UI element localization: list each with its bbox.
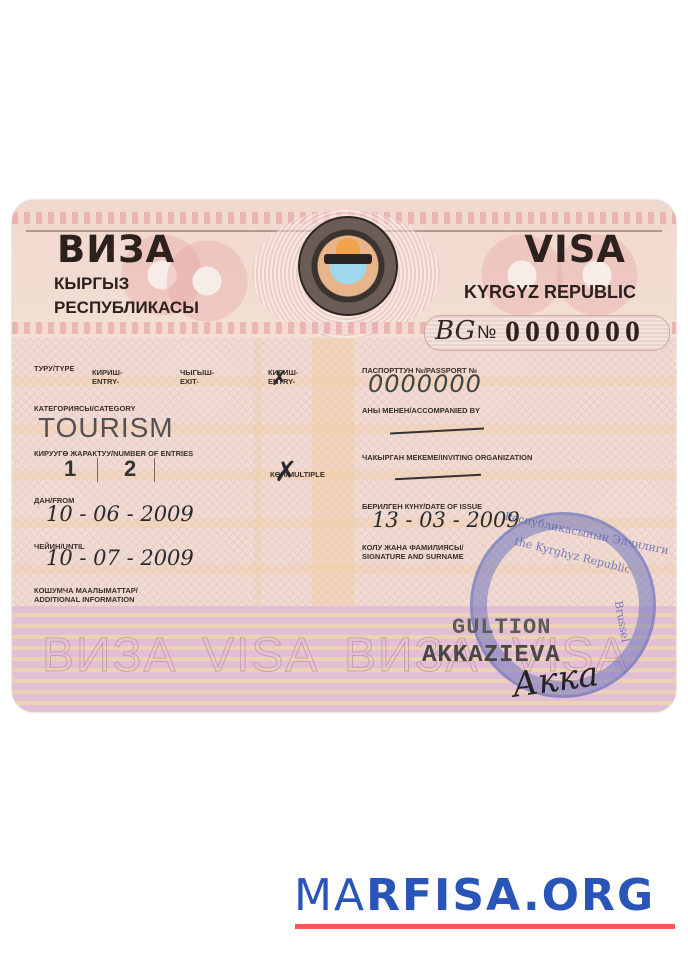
entry-label-1: КИРИШ- ENTRY- — [92, 368, 122, 386]
entries-divider — [97, 458, 98, 482]
from-date: 10 - 06 - 2009 — [46, 502, 194, 526]
watermark-word: VISA — [202, 628, 319, 683]
additional-info-label-en: ADDITIONAL INFORMATION — [34, 595, 138, 604]
visa-document: ВИЗА КЫРГЫЗ РЕСПУБЛИКАСЫ VISA KYRGYZ REP… — [12, 200, 676, 712]
marfisa-logo[interactable]: MARFISA.ORG — [294, 870, 655, 921]
subtitle-ru-line2: РЕСПУБЛИКАСЫ — [54, 298, 199, 318]
logo-part-3: .ORG — [523, 870, 655, 921]
title-en: VISA — [524, 228, 626, 271]
logo-part-2: RFISA — [366, 870, 523, 921]
seal-text-side: Brussel — [612, 600, 632, 643]
logo-part-1: MA — [294, 870, 366, 921]
watermark-word: ВИЗА — [42, 628, 178, 683]
mountains-icon — [324, 254, 372, 264]
officer-name-line1: GULTION — [452, 615, 551, 640]
entries-option-1: 1 — [64, 456, 76, 482]
logo-underline — [295, 924, 675, 929]
title-ru: ВИЗА — [57, 228, 175, 271]
subtitle-ru-line1: КЫРГЫЗ — [54, 274, 129, 294]
signature-label: КОЛУ ЖАНА ФАМИЛИЯСЫ/ SIGNATURE AND SURNA… — [362, 543, 464, 561]
kyrgyz-state-emblem-icon — [298, 216, 398, 316]
inviting-org-label: ЧАКЫРГАН МЕКЕМЕ/INVITING ORGANIZATION — [362, 453, 532, 462]
passport-number: 0000000 — [368, 370, 482, 398]
entry-label-1-en: ENTRY- — [92, 377, 122, 386]
accompanied-label: АНЫ МЕНЕН/ACCOMPANIED BY — [362, 406, 480, 415]
entries-option-2: 2 — [124, 456, 136, 482]
entries-divider — [154, 458, 155, 482]
subtitle-en: KYRGYZ REPUBLIC — [464, 282, 636, 303]
signature-label-ru: КОЛУ ЖАНА ФАМИЛИЯСЫ/ — [362, 543, 464, 552]
exit-label: ЧЫГЫШ- EXIT- — [180, 368, 214, 386]
additional-info-label: КОШУМЧА МААЛЫМАТТАР/ ADDITIONAL INFORMAT… — [34, 586, 138, 604]
additional-info-label-ru: КОШУМЧА МААЛЫМАТТАР/ — [34, 586, 138, 595]
category-value: TOURISM — [38, 412, 174, 444]
exit-label-ru: ЧЫГЫШ- — [180, 368, 214, 377]
exit-label-en: EXIT- — [180, 377, 214, 386]
background-band — [12, 470, 676, 480]
entry-label-1-ru: КИРИШ- — [92, 368, 122, 377]
issue-date: 13 - 03 - 2009 — [372, 508, 520, 532]
signature-label-en: SIGNATURE AND SURNAME — [362, 552, 464, 561]
cross-mark-icon: ✗ — [274, 455, 297, 488]
cross-mark-icon: ✗ — [271, 366, 288, 390]
entries-label: КИРУУГӨ ЖАРАКТУУ/NUMBER OF ENTRIES — [34, 449, 193, 458]
emblem-area — [252, 210, 440, 340]
until-date: 10 - 07 - 2009 — [46, 546, 194, 570]
type-label: ТУРУ/TYPE — [34, 364, 75, 373]
